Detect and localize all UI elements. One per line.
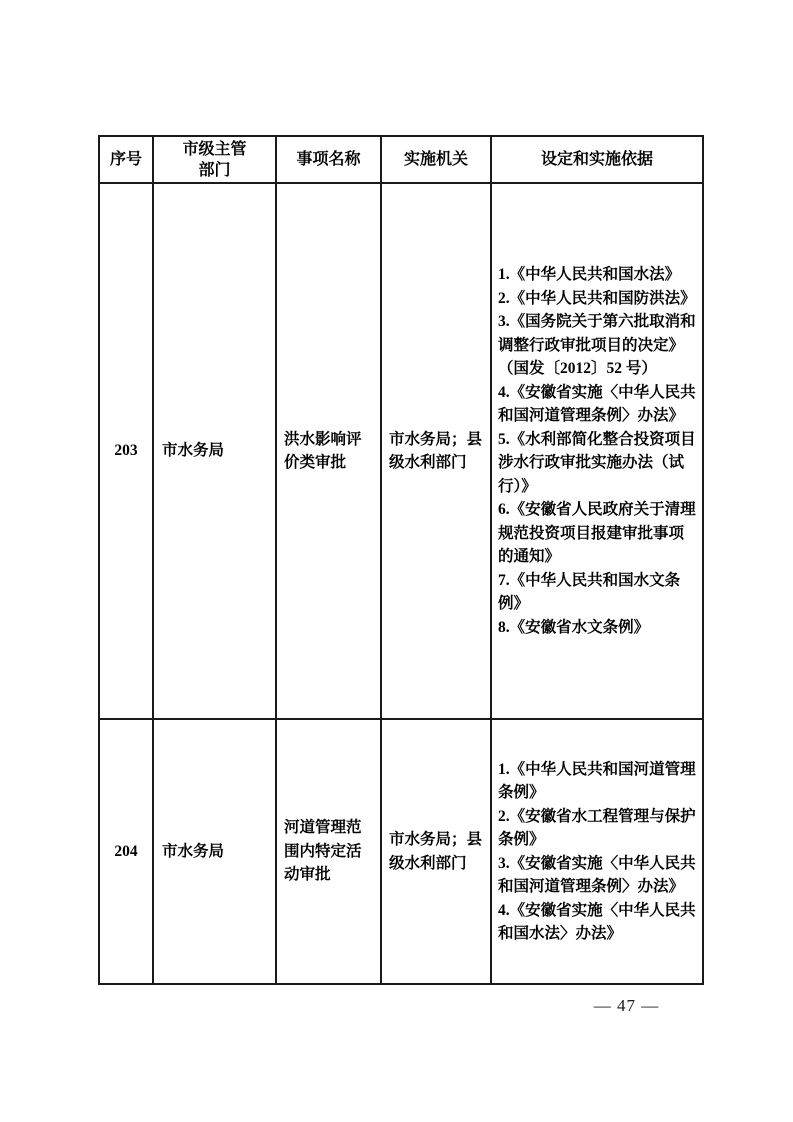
- basis-item: 5.《水利部简化整合投资项目涉水行政审批实施办法（试行）》: [498, 428, 698, 499]
- basis-item: 3.《国务院关于第六批取消和调整行政审批项目的决定》（国发〔2012〕52 号）: [498, 310, 698, 381]
- page-number: — 47 —: [0, 995, 793, 1017]
- basis-item: 1.《中华人民共和国水法》: [498, 263, 698, 287]
- cell-item-name: 洪水影响评价类审批: [276, 183, 381, 719]
- basis-item: 4.《安徽省实施〈中华人民共和国水法〉办法》: [498, 899, 698, 946]
- approval-items-table: 序号 市级主管 部门 事项名称 实施机关 设定和实施依据 203 市水务局 洪水…: [98, 135, 704, 985]
- basis-item: 3.《安徽省实施〈中华人民共和国河道管理条例〉办法》: [498, 852, 698, 899]
- basis-item: 1.《中华人民共和国河道管理条例》: [498, 758, 698, 805]
- header-city-department: 市级主管 部门: [153, 136, 276, 183]
- header-legal-basis: 设定和实施依据: [491, 136, 703, 183]
- cell-city-department: 市水务局: [153, 183, 276, 719]
- table-row-204: 204 市水务局 河道管理范围内特定活动审批 市水务局；县级水利部门 1.《中华…: [99, 719, 703, 984]
- header-item-name: 事项名称: [276, 136, 381, 183]
- header-serial-number: 序号: [99, 136, 153, 183]
- cell-serial-number: 203: [99, 183, 153, 719]
- document-page: 序号 市级主管 部门 事项名称 实施机关 设定和实施依据 203 市水务局 洪水…: [0, 0, 793, 1122]
- cell-item-name: 河道管理范围内特定活动审批: [276, 719, 381, 984]
- table-body: 203 市水务局 洪水影响评价类审批 市水务局；县级水利部门 1.《中华人民共和…: [99, 183, 703, 984]
- basis-item: 8.《安徽省水文条例》: [498, 616, 698, 640]
- basis-item: 7.《中华人民共和国水文条例》: [498, 569, 698, 616]
- cell-legal-basis: 1.《中华人民共和国河道管理条例》 2.《安徽省水工程管理与保护条例》 3.《安…: [491, 719, 703, 984]
- table-header-row: 序号 市级主管 部门 事项名称 实施机关 设定和实施依据: [99, 136, 703, 183]
- cell-implementing-agency: 市水务局；县级水利部门: [381, 183, 491, 719]
- basis-item: 6.《安徽省人民政府关于清理规范投资项目报建审批事项的通知》: [498, 498, 698, 569]
- cell-implementing-agency: 市水务局；县级水利部门: [381, 719, 491, 984]
- cell-serial-number: 204: [99, 719, 153, 984]
- table-row-203: 203 市水务局 洪水影响评价类审批 市水务局；县级水利部门 1.《中华人民共和…: [99, 183, 703, 719]
- cell-legal-basis: 1.《中华人民共和国水法》 2.《中华人民共和国防洪法》 3.《国务院关于第六批…: [491, 183, 703, 719]
- basis-item: 2.《安徽省水工程管理与保护条例》: [498, 805, 698, 852]
- cell-city-department: 市水务局: [153, 719, 276, 984]
- header-implementing-agency: 实施机关: [381, 136, 491, 183]
- basis-item: 4.《安徽省实施〈中华人民共和国河道管理条例〉办法》: [498, 381, 698, 428]
- basis-item: 2.《中华人民共和国防洪法》: [498, 287, 698, 311]
